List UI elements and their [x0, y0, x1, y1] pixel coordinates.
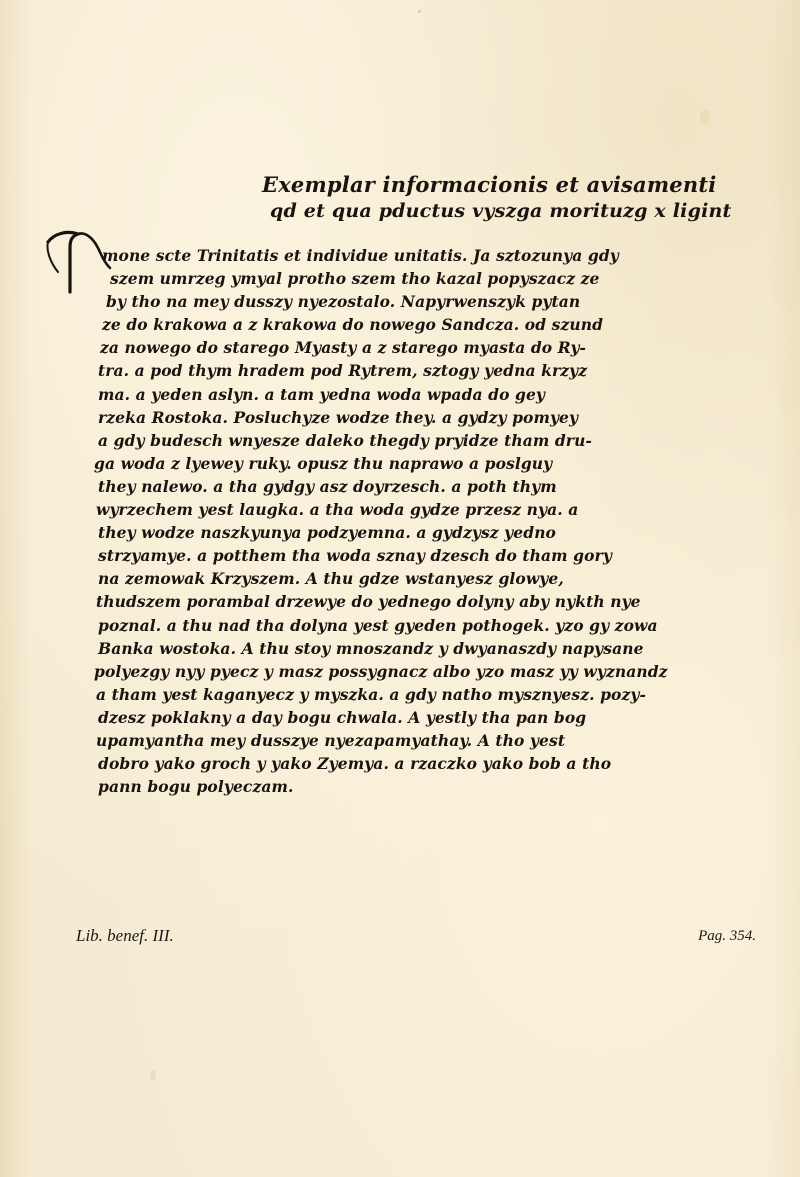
footer-source-reference: Lib. benef. III. — [76, 926, 174, 946]
text-line: pann bogu polyeczam. — [98, 775, 782, 798]
text-line: ze do krakowa a z krakowa do nowego Sand… — [102, 313, 782, 336]
text-line: they nalewo. a tha gydgy asz doyrzesch. … — [98, 475, 782, 498]
text-line: upamyantha mey dusszye nyezapamyathay. A… — [96, 729, 782, 752]
text-line: they wodze naszkyunya podzyemna. a gydzy… — [98, 521, 782, 544]
text-line: za nowego do starego Myasty a z starego … — [100, 336, 782, 359]
text-line: Banka wostoka. A thu stoy mnoszandz y dw… — [98, 637, 782, 660]
text-line: strzyamye. a potthem tha woda sznay dzes… — [98, 544, 782, 567]
text-line: dobro yako groch y yako Zyemya. a rzaczk… — [98, 752, 782, 775]
text-line: poznal. a thu nad tha dolyna yest gyeden… — [98, 614, 782, 637]
manuscript-body: mone scte Trinitatis et individue unitat… — [102, 244, 782, 798]
text-line: polyezgy nyy pyecz y masz possygnacz alb… — [94, 660, 782, 683]
text-line: na zemowak Krzyszem. A thu gdze wstanyes… — [98, 567, 782, 590]
heading-line: qd et qua pductus vyszga morituzg x ligi… — [270, 198, 772, 224]
text-line: dzesz poklakny a day bogu chwala. A yest… — [98, 706, 782, 729]
manuscript-page: Exemplar informacionis et avisamenti qd … — [0, 0, 800, 1177]
text-line: wyrzechem yest laugka. a tha woda gydze … — [96, 498, 782, 521]
text-line: thudszem porambal drzewye do yednego dol… — [96, 590, 782, 613]
text-line: ma. a yeden aslyn. a tam yedna woda wpad… — [98, 383, 782, 406]
paper-stain — [700, 110, 710, 124]
text-line: mone scte Trinitatis et individue unitat… — [102, 244, 782, 267]
heading-line: Exemplar informacionis et avisamenti — [262, 172, 772, 198]
footer-page-number: Pag. 354. — [698, 928, 756, 945]
document-heading: Exemplar informacionis et avisamenti qd … — [262, 172, 772, 224]
text-line: by tho na mey dusszy nyezostalo. Napyrwe… — [106, 290, 782, 313]
text-line: tra. a pod thym hradem pod Rytrem, sztog… — [98, 359, 782, 382]
text-line: szem umrzeg ymyal protho szem tho kazal … — [110, 267, 782, 290]
text-line: a gdy budesch wnyesze daleko thegdy pryi… — [98, 429, 782, 452]
paper-speck — [418, 10, 421, 13]
text-line: a tham yest kaganyecz y myszka. a gdy na… — [96, 683, 782, 706]
paper-stain — [150, 1070, 156, 1080]
text-line: rzeka Rostoka. Posluchyze wodze they. a … — [98, 406, 782, 429]
text-line: ga woda z lyewey ruky. opusz thu naprawo… — [94, 452, 782, 475]
